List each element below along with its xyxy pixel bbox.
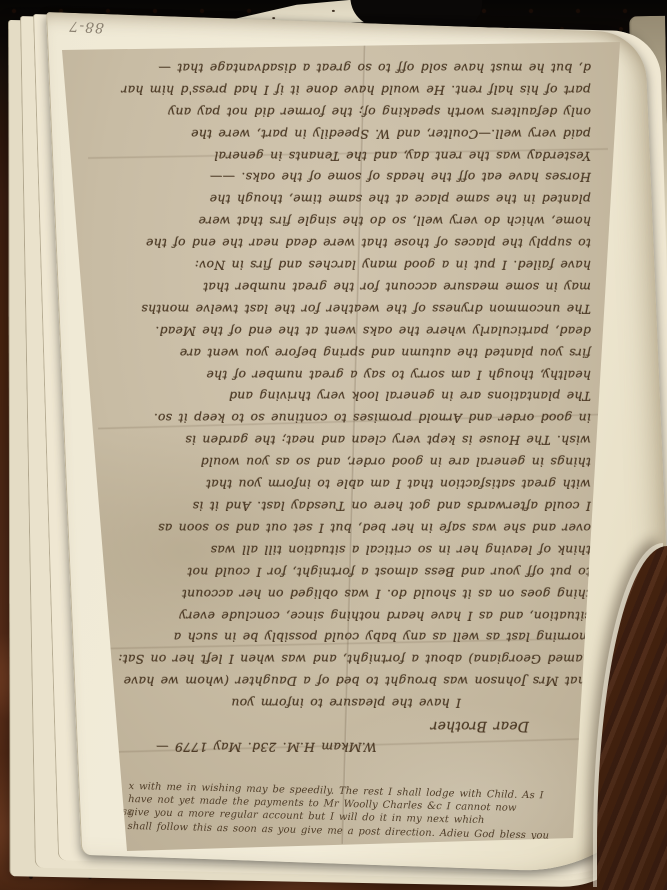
manuscript-line: with great satisfaction that I am able t… — [120, 473, 591, 495]
manuscript-line: things in general are in good order, and… — [120, 451, 591, 473]
manuscript-line: The plantations are in general look very… — [120, 386, 591, 408]
manuscript-line: think of leaving her in so critical a si… — [120, 539, 591, 561]
manuscript-line: Yesterday was the rent day, and the Tena… — [120, 145, 591, 167]
ink-speck — [272, 17, 275, 19]
manuscript-line: planted in the same place at the same ti… — [120, 188, 591, 210]
manuscript-line: situation, and as I have heard nothing s… — [120, 605, 591, 627]
manuscript-line: to put off your and Bess almost a fortni… — [120, 561, 591, 583]
manuscript-line: thing goes on as it should do. I was obl… — [120, 583, 591, 605]
manuscript-line: home, which do very well, so do the sing… — [120, 210, 591, 232]
manuscript-line: wish. The House is kept very clean and n… — [120, 429, 591, 451]
ink-speck — [332, 10, 335, 12]
manuscript-line: paid very well.—Coulter, and W. Speedily… — [120, 123, 591, 145]
manuscript-line: part of his half rent. He would have don… — [120, 79, 591, 101]
manuscript-line: The uncommon dryness of the weather for … — [120, 298, 591, 320]
manuscript-line: healthy, though I am sorry to say a grea… — [120, 364, 591, 386]
manuscript-line: d, but he must have sold off to so great… — [120, 57, 591, 79]
manuscript-line: to supply the places of those that were … — [120, 232, 591, 254]
manuscript-line: I could afterwards and got here on Tuesd… — [120, 495, 591, 517]
manuscript-line: firs you planted the autumn and spring b… — [120, 342, 591, 364]
manuscript-line: I have the pleasure to inform you — [120, 692, 591, 714]
letter-dateline: W.Mkam H.M. 23d. May 1779 — — [120, 736, 591, 758]
manuscript-line: dead, particularly where the oaks went a… — [120, 320, 591, 342]
manuscript-line: may in some measure account for the grea… — [120, 276, 591, 298]
manuscript-line: that Mrs Johnson was brought to bed of a… — [120, 670, 591, 692]
letter-postscript: 88 x with me in wishing may be speedily.… — [127, 780, 571, 843]
manuscript-line: only defaulters worth speaking of; the f… — [120, 101, 591, 123]
letter-main-text: W.Mkam H.M. 23d. May 1779 — Dear Brother… — [120, 58, 591, 758]
photo-frame: 88-7 W.Mkam H.M. 23d. May 1779 — Dear Br… — [0, 0, 667, 890]
letter-body: I have the pleasure to inform youthat Mr… — [120, 57, 591, 714]
manuscript-line: named Georgiana) about a fortnight, and … — [120, 648, 591, 670]
letter-salutation: Dear Brother — [120, 714, 591, 736]
archival-number: 88-7 — [52, 17, 105, 36]
manuscript-line: have failed. I put in a good many larche… — [120, 254, 591, 276]
manuscript-line: in good order and Arnold promises to con… — [120, 408, 591, 430]
manuscript-line: morning last as well as any baby could p… — [120, 627, 591, 649]
manuscript-line: Horses have eat off the heads of some of… — [120, 167, 591, 189]
postscript-lines: x with me in wishing may be speedily. Th… — [127, 780, 571, 843]
manuscript-line: over and she was safe in her bed, but I … — [120, 517, 591, 539]
